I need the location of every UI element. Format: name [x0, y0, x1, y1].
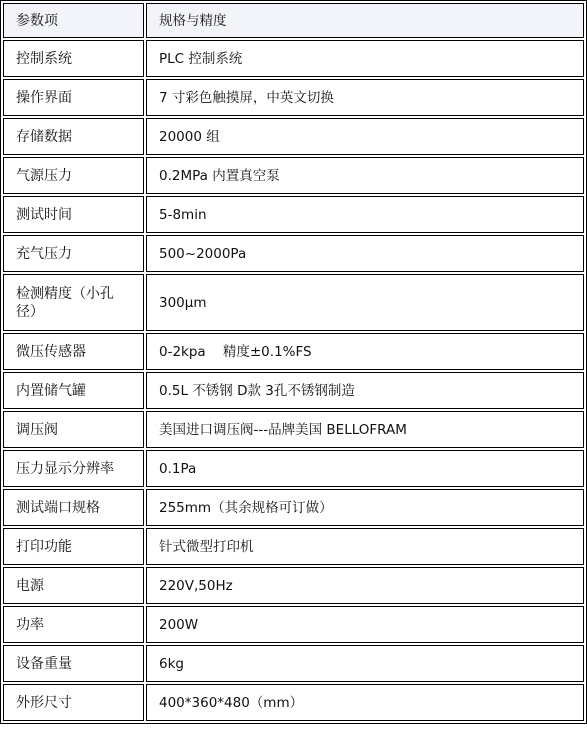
- table-row: 测试时间 5-8min: [3, 196, 584, 233]
- table-row: 功率 200W: [3, 606, 584, 643]
- row-key: 测试时间: [3, 196, 144, 233]
- row-key: 操作界面: [3, 79, 144, 116]
- row-value: 6kg: [146, 645, 584, 682]
- table-header-row: 参数项 规格与精度: [3, 3, 584, 38]
- row-value: 5-8min: [146, 196, 584, 233]
- row-value: 300μm: [146, 274, 584, 331]
- row-key: 打印功能: [3, 528, 144, 565]
- row-key: 检测精度（小孔径）: [3, 274, 144, 331]
- table-row: 微压传感器 0-2kpa 精度±0.1%FS: [3, 333, 584, 370]
- table-row: 内置储气罐 0.5L 不锈钢 D款 3孔不锈钢制造: [3, 372, 584, 409]
- table-row: 存储数据 20000 组: [3, 118, 584, 155]
- row-key: 存储数据: [3, 118, 144, 155]
- row-key: 气源压力: [3, 157, 144, 194]
- row-key: 外形尺寸: [3, 684, 144, 721]
- row-key: 设备重量: [3, 645, 144, 682]
- spec-table: 参数项 规格与精度 控制系统 PLC 控制系统 操作界面 7 寸彩色触摸屏，中英…: [0, 0, 587, 724]
- table-row: 电源 220V,50Hz: [3, 567, 584, 604]
- row-value: 0.2MPa 内置真空泵: [146, 157, 584, 194]
- row-key: 电源: [3, 567, 144, 604]
- table-row: 气源压力 0.2MPa 内置真空泵: [3, 157, 584, 194]
- row-value: 美国进口调压阀---品牌美国 BELLOFRAM: [146, 411, 584, 448]
- header-cell-param: 参数项: [3, 3, 144, 38]
- row-value: 7 寸彩色触摸屏，中英文切换: [146, 79, 584, 116]
- row-value: 220V,50Hz: [146, 567, 584, 604]
- row-value: 针式微型打印机: [146, 528, 584, 565]
- table-row: 控制系统 PLC 控制系统: [3, 40, 584, 77]
- row-key: 测试端口规格: [3, 489, 144, 526]
- table-row: 操作界面 7 寸彩色触摸屏，中英文切换: [3, 79, 584, 116]
- row-key: 调压阀: [3, 411, 144, 448]
- header-cell-spec: 规格与精度: [146, 3, 584, 38]
- table-row: 检测精度（小孔径） 300μm: [3, 274, 584, 331]
- row-value: 200W: [146, 606, 584, 643]
- row-key: 控制系统: [3, 40, 144, 77]
- table-row: 调压阀 美国进口调压阀---品牌美国 BELLOFRAM: [3, 411, 584, 448]
- row-value: 0.5L 不锈钢 D款 3孔不锈钢制造: [146, 372, 584, 409]
- row-value: 400*360*480（mm）: [146, 684, 584, 721]
- table-row: 外形尺寸 400*360*480（mm）: [3, 684, 584, 721]
- table-row: 压力显示分辨率 0.1Pa: [3, 450, 584, 487]
- table-row: 充气压力 500~2000Pa: [3, 235, 584, 272]
- table-row: 设备重量 6kg: [3, 645, 584, 682]
- row-value: 0.1Pa: [146, 450, 584, 487]
- table-row: 测试端口规格 255mm（其余规格可订做）: [3, 489, 584, 526]
- row-key: 功率: [3, 606, 144, 643]
- row-value: 500~2000Pa: [146, 235, 584, 272]
- row-key: 充气压力: [3, 235, 144, 272]
- row-value: 20000 组: [146, 118, 584, 155]
- row-key: 内置储气罐: [3, 372, 144, 409]
- row-value: 255mm（其余规格可订做）: [146, 489, 584, 526]
- row-key: 压力显示分辨率: [3, 450, 144, 487]
- row-value: 0-2kpa 精度±0.1%FS: [146, 333, 584, 370]
- table-row: 打印功能 针式微型打印机: [3, 528, 584, 565]
- row-value: PLC 控制系统: [146, 40, 584, 77]
- row-key: 微压传感器: [3, 333, 144, 370]
